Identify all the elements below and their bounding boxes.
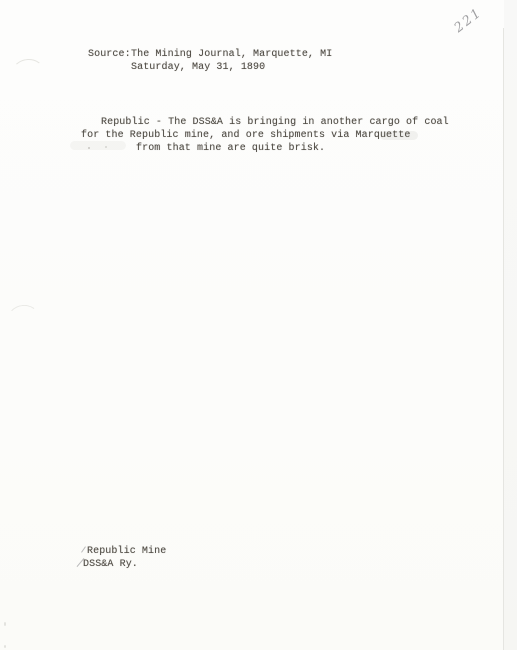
source-date: Saturday, May 31, 1890 xyxy=(131,61,265,74)
paper-speck xyxy=(88,147,90,149)
paper-speck xyxy=(4,645,6,648)
source-publication: The Mining Journal, Marquette, MI xyxy=(131,48,332,61)
index-note-subject: Republic Mine xyxy=(87,545,166,558)
pencil-check-mark xyxy=(81,546,86,552)
article-line-1: Republic - The DSS&A is bringing in anot… xyxy=(101,116,449,129)
paper-speck xyxy=(105,146,107,148)
source-label: Source: xyxy=(88,48,131,61)
scan-margin-shade xyxy=(504,0,517,650)
ink-smudge xyxy=(380,131,418,140)
punch-hole-mark xyxy=(6,303,39,320)
article-line-2: for the Republic mine, and ore shipments… xyxy=(81,129,410,142)
handwritten-page-number: 221 xyxy=(452,5,486,36)
scanned-document-page: 221 Source: The Mining Journal, Marquett… xyxy=(0,0,517,650)
erased-pencil-smudge xyxy=(70,141,126,150)
paper-speck xyxy=(4,622,6,626)
punch-hole-mark xyxy=(12,58,45,73)
scan-edge-line xyxy=(503,28,504,650)
article-line-3: from that mine are quite brisk. xyxy=(136,142,325,155)
index-note-railroad: DSS&A Ry. xyxy=(83,558,138,571)
